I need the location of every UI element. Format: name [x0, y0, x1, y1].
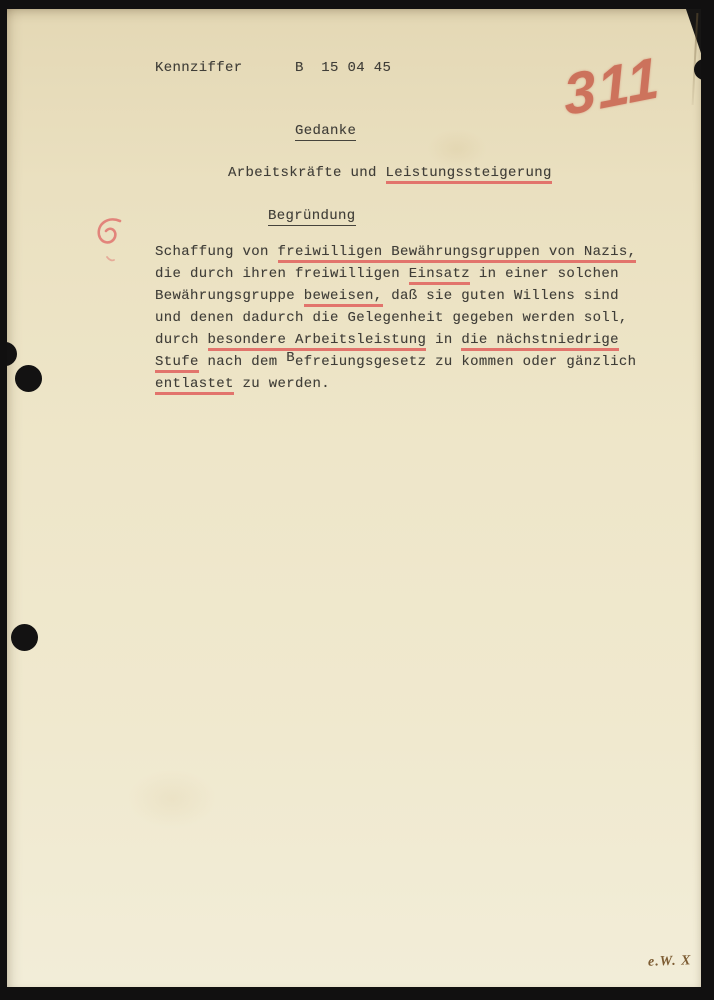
kennziffer-label: Kennziffer: [155, 57, 243, 79]
red-underlined-text: entlastet: [155, 376, 234, 395]
red-underlined-text: besondere Arbeitsleistung: [208, 332, 427, 351]
text-segment: in einer solchen: [470, 266, 619, 282]
text-segment: durch: [155, 332, 208, 348]
red-underlined-text: Leistungssteigerung: [386, 165, 552, 184]
kennziffer-code: B 15 04 45: [295, 57, 391, 79]
red-underlined-text: die nächstniedrige: [461, 332, 619, 351]
text-segment: Schaffung von: [155, 244, 278, 260]
body-line: und denen dadurch die Gelegenheit gegebe…: [155, 307, 636, 329]
title-heading: Gedanke: [295, 120, 356, 142]
red-margin-mark: [91, 215, 129, 272]
text-segment: in: [426, 332, 461, 348]
initials-handwriting: e.W. X: [648, 953, 692, 971]
text-segment: nach dem: [199, 354, 287, 370]
body-line: Stufe nach dem Befreiungsgesetz zu komme…: [155, 351, 636, 373]
paper-stain: [127, 769, 217, 829]
section-heading-text: Begründung: [268, 208, 356, 226]
body-line: die durch ihren freiwilligen Einsatz in …: [155, 263, 636, 285]
body-line: durch besondere Arbeitsleistung in die n…: [155, 329, 636, 351]
section-heading: Begründung: [268, 205, 356, 227]
text-segment: zu werden.: [234, 376, 330, 392]
red-underlined-text: Stufe: [155, 354, 199, 373]
body-paragraph: Schaffung von freiwilligen Bewährungsgru…: [155, 241, 636, 395]
text-segment: die durch ihren freiwilligen: [155, 266, 409, 282]
hole-punch-top: [15, 365, 42, 392]
edge-notch: [7, 342, 17, 366]
text-segment: und denen dadurch die Gelegenheit gegebe…: [155, 310, 628, 326]
squiggle-icon: [91, 215, 129, 267]
red-underlined-text: freiwilligen Bewährungsgruppen von Nazis…: [278, 244, 637, 263]
text-segment: B: [286, 350, 295, 366]
red-underlined-text: Einsatz: [409, 266, 470, 285]
document-page: Kennziffer B 15 04 45 311 Gedanke Arbeit…: [7, 9, 701, 987]
hole-punch-bottom: [11, 624, 38, 651]
body-line: Bewährungsgruppe beweisen, daß sie guten…: [155, 285, 636, 307]
page-number-stamp: 311: [561, 44, 664, 130]
text-segment: Bewährungsgruppe: [155, 288, 304, 304]
subtitle-heading: Arbeitskräfte und Leistungssteigerung: [228, 162, 552, 184]
title-heading-text: Gedanke: [295, 123, 356, 141]
scan-background: Kennziffer B 15 04 45 311 Gedanke Arbeit…: [0, 0, 714, 1000]
text-segment: Arbeitskräfte und: [228, 165, 386, 181]
body-line: entlastet zu werden.: [155, 373, 636, 395]
body-line: Schaffung von freiwilligen Bewährungsgru…: [155, 241, 636, 263]
red-underlined-text: beweisen,: [304, 288, 383, 307]
text-segment: efreiungsgesetz zu kommen oder gänzlich: [295, 354, 636, 370]
text-segment: daß sie guten Willens sind: [383, 288, 619, 304]
